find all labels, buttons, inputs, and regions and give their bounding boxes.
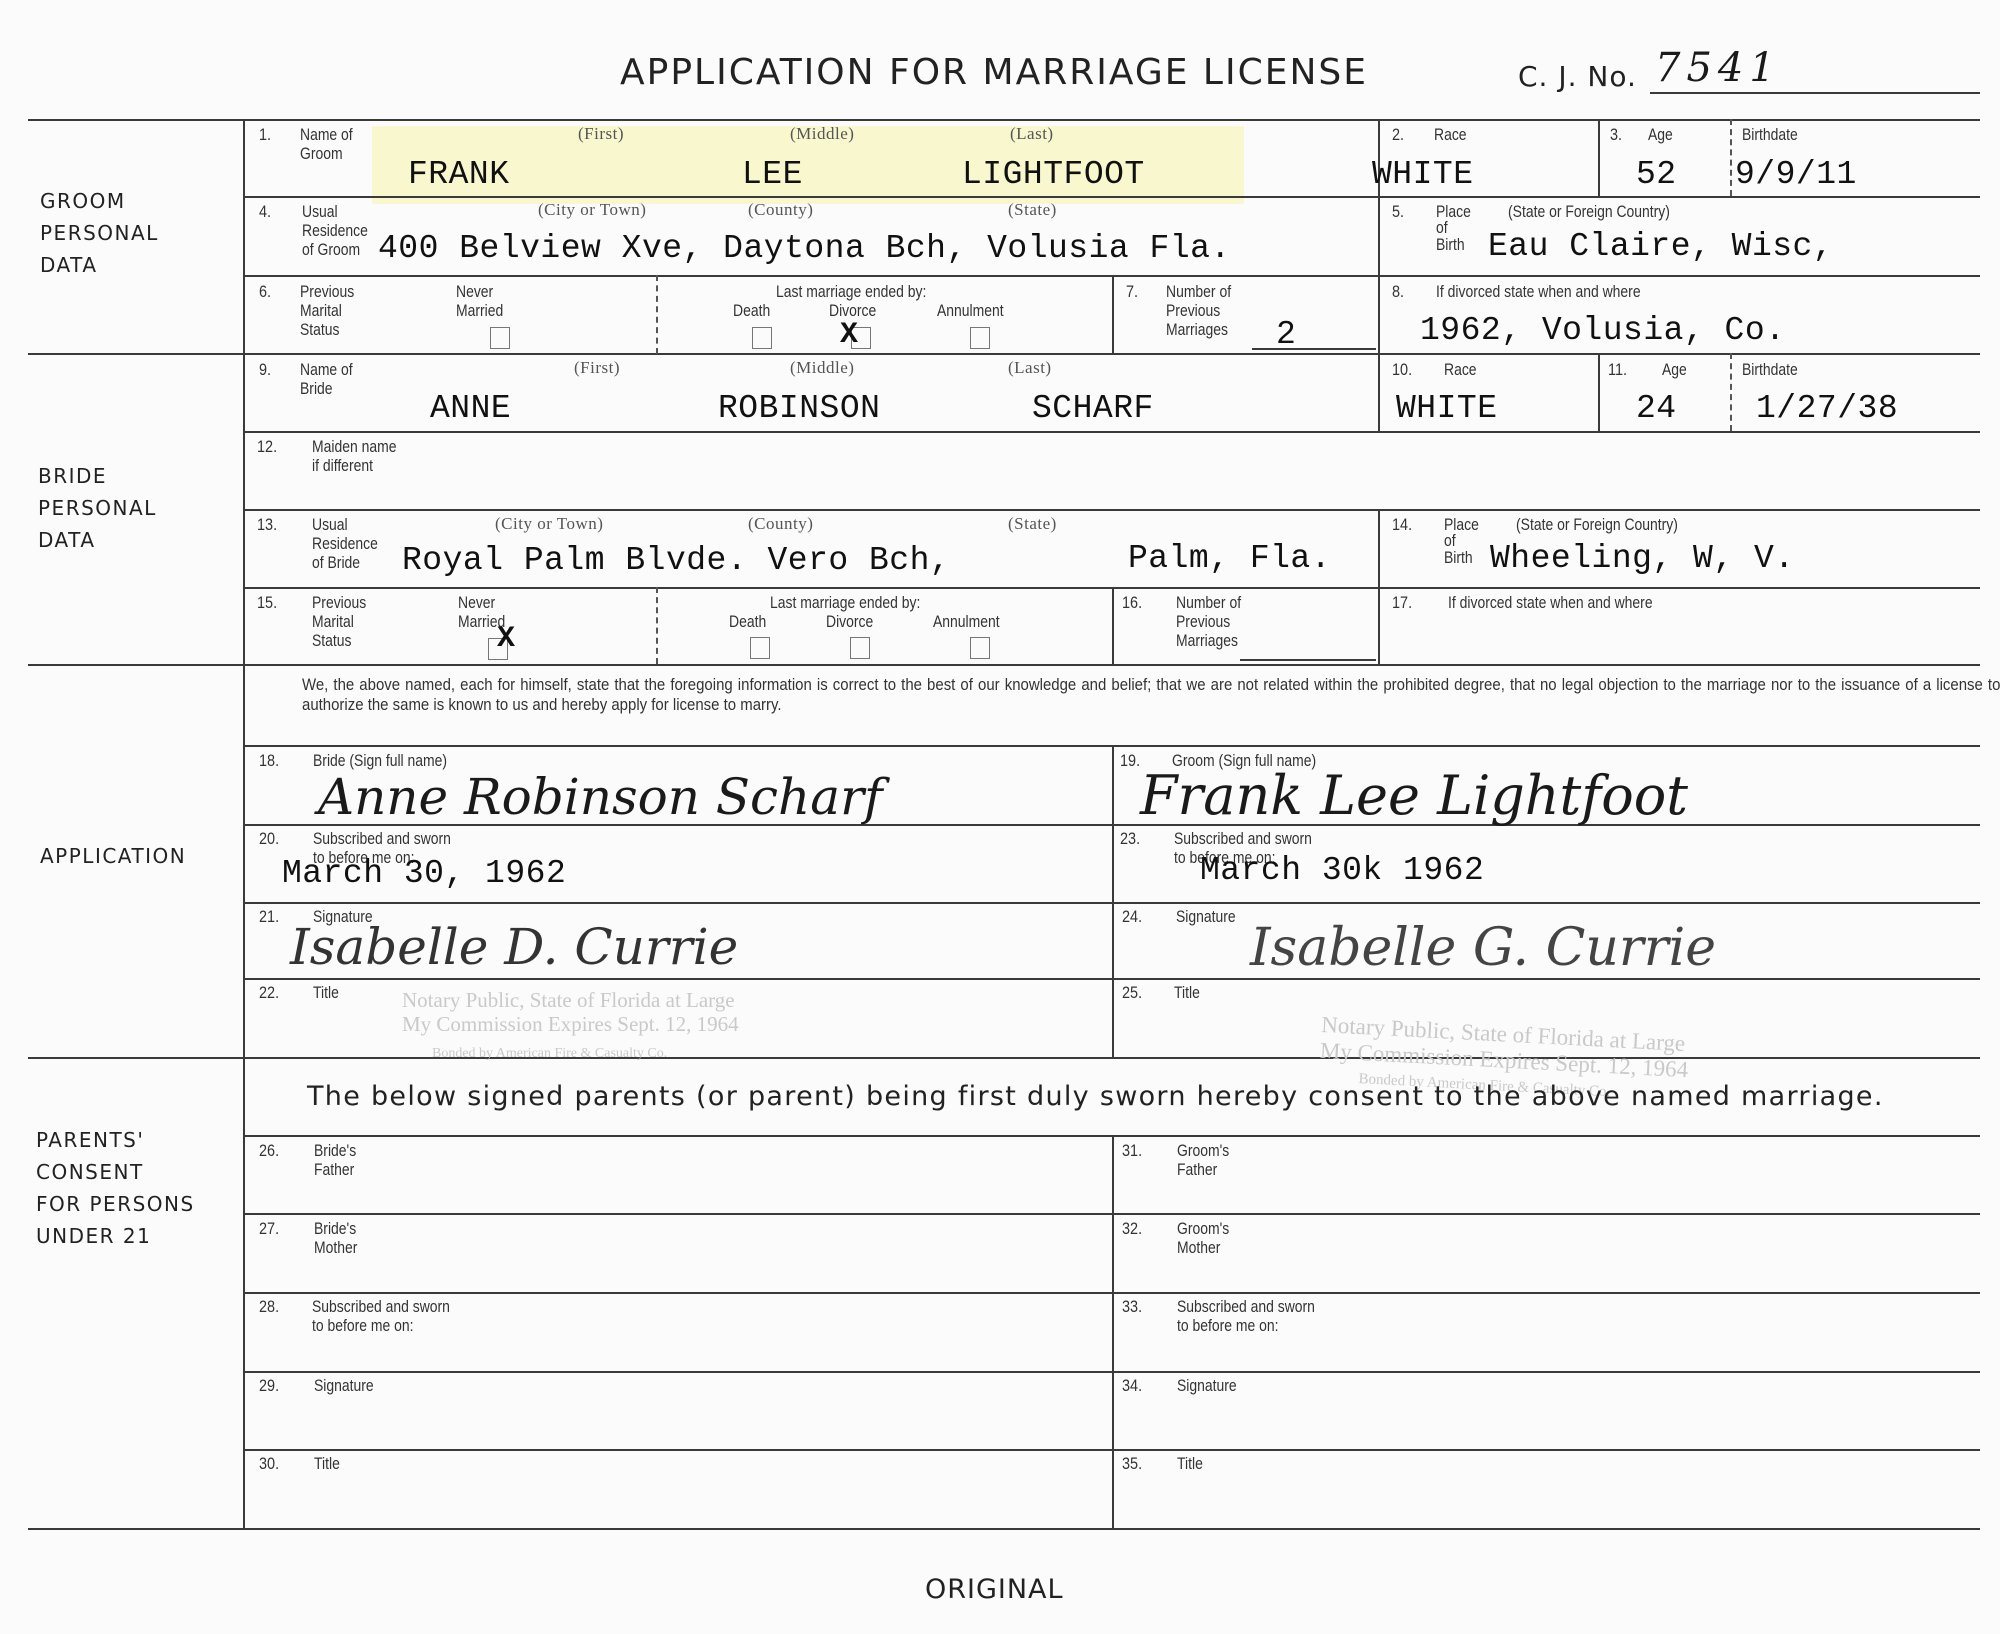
grooms-parents-signature-label: Signature — [1177, 1376, 1237, 1395]
groom-notary-signature[interactable]: Isabelle G. Currie — [1250, 918, 1716, 978]
label-line: of — [1444, 534, 1479, 548]
field-number: 16. — [1122, 593, 1142, 613]
label-line: of Groom — [302, 240, 368, 259]
label-line: Marriages — [1176, 631, 1241, 650]
prev-marriages-divider — [1112, 275, 1114, 354]
brides-parents-signature-label: Signature — [314, 1376, 374, 1395]
field-number: 32. — [1122, 1219, 1142, 1239]
groom-last-name[interactable]: LIGHTFOOT — [962, 156, 1145, 193]
label-line: Previous — [312, 593, 366, 612]
rule-bottom — [28, 1528, 1980, 1530]
county-sublabel: (County) — [748, 514, 813, 534]
label-line: Subscribed and sworn — [313, 829, 451, 848]
groom-birthdate[interactable]: 9/9/11 — [1735, 156, 1857, 193]
label-line: of — [1436, 221, 1471, 235]
prev-marriages-underline — [1252, 348, 1376, 350]
groom-option-death-label: Death — [733, 301, 770, 320]
field-number: 24. — [1122, 907, 1142, 927]
bride-last-marriage-label: Last marriage ended by: — [770, 593, 920, 612]
groom-birthdate-label: Birthdate — [1742, 125, 1798, 144]
field-number: 17. — [1392, 593, 1412, 613]
bride-name-label: Name of Bride — [300, 360, 353, 398]
state-country-sublabel: (State or Foreign Country) — [1508, 202, 1670, 221]
label-line: of Bride — [312, 553, 378, 572]
bride-death-checkbox[interactable] — [750, 637, 770, 659]
rule-g3 — [28, 353, 1980, 355]
field-number: 9. — [259, 360, 271, 380]
label-line: Number of — [1166, 282, 1231, 301]
field-number: 18. — [259, 751, 279, 771]
bride-signature[interactable]: Anne Robinson Scharf — [318, 768, 882, 826]
bride-birthplace-divider — [1378, 509, 1380, 665]
field-number: 25. — [1122, 983, 1142, 1003]
bride-last-name[interactable]: SCHARF — [1032, 390, 1154, 427]
section-line: FOR PERSONS — [36, 1188, 195, 1220]
field-number: 2. — [1392, 125, 1404, 145]
label-line: Marital — [312, 612, 366, 631]
label-line: Number of — [1176, 593, 1241, 612]
parents-mid-divider — [1112, 1135, 1114, 1528]
bride-residence-label: Usual Residence of Bride — [312, 515, 378, 572]
first-sublabel: (First) — [578, 124, 624, 144]
label-line: Mother — [314, 1238, 357, 1257]
field-number: 28. — [259, 1297, 279, 1317]
bride-divorce-info-label: If divorced state when and where — [1448, 593, 1653, 612]
age-col-divider — [1598, 119, 1600, 196]
bride-prev-marriages-divider — [1112, 587, 1114, 664]
label-line: Subscribed and sworn — [1174, 829, 1312, 848]
bleed-through-text — [1150, 432, 1159, 464]
field-number: 21. — [259, 907, 279, 927]
field-number: 11. — [1608, 360, 1627, 380]
field-number: 27. — [259, 1219, 279, 1239]
bride-birthplace[interactable]: Wheeling, W, V. — [1490, 540, 1795, 577]
groom-last-marriage-label: Last marriage ended by: — [776, 282, 926, 301]
label-line: Bride — [300, 379, 353, 398]
section-line: PERSONAL — [38, 492, 157, 524]
section-line: GROOM — [40, 185, 159, 217]
section-line: PERSONAL — [40, 217, 159, 249]
field-number: 14. — [1392, 515, 1412, 535]
section-line: PARENTS' — [36, 1124, 195, 1156]
rule-b4 — [28, 664, 1980, 666]
field-number: 33. — [1122, 1297, 1142, 1317]
groom-annulment-checkbox[interactable] — [970, 327, 990, 349]
groom-never-married-checkbox[interactable] — [490, 327, 510, 349]
bride-sworn-date[interactable]: March 30, 1962 — [282, 855, 566, 892]
groom-prev-marriages-label: Number of Previous Marriages — [1166, 282, 1231, 339]
stamp-line: Notary Public, State of Florida at Large — [402, 988, 739, 1012]
label-line: Married — [456, 301, 503, 320]
label-line: Groom — [300, 144, 353, 163]
brides-father-label: Bride's Father — [314, 1141, 356, 1179]
bride-notary-signature[interactable]: Isabelle D. Currie — [290, 918, 738, 976]
groom-first-name[interactable]: FRANK — [408, 156, 510, 193]
label-line: Bride's — [314, 1141, 356, 1160]
label-line: Father — [1177, 1160, 1229, 1179]
label-line: Maiden name — [312, 437, 396, 456]
field-number: 1. — [259, 125, 271, 145]
groom-divorce-info-label: If divorced state when and where — [1436, 282, 1641, 301]
brides-parents-sworn-label: Subscribed and sworn to before me on: — [312, 1297, 450, 1335]
bride-age-col-divider — [1598, 353, 1600, 431]
label-line: Usual — [302, 202, 368, 221]
field-number: 6. — [259, 282, 271, 302]
cj-number-label: C. J. No. — [1518, 60, 1637, 93]
label-line: to before me on: — [1177, 1316, 1315, 1335]
label-line: Status — [312, 631, 366, 650]
bride-birthdate-col-divider — [1730, 353, 1732, 431]
groom-notary-title-label: Title — [1174, 983, 1200, 1002]
groom-age[interactable]: 52 — [1636, 156, 1677, 193]
cj-number-value: 7541 — [1655, 45, 1781, 91]
bride-age-label: Age — [1662, 360, 1687, 379]
groom-middle-name[interactable]: LEE — [742, 156, 803, 193]
field-number: 29. — [259, 1376, 279, 1396]
bride-middle-name[interactable]: ROBINSON — [718, 390, 880, 427]
label-line: Mother — [1177, 1238, 1229, 1257]
groom-divorce-info[interactable]: 1962, Volusia, Co. — [1420, 312, 1785, 349]
bride-race-label: Race — [1444, 360, 1477, 379]
bride-birthplace-label: Place of Birth — [1444, 515, 1479, 567]
bride-marital-dash-divider — [656, 587, 658, 664]
marital-dash-divider — [656, 275, 658, 354]
cj-number-underline — [1650, 92, 1980, 94]
city-sublabel: (City or Town) — [495, 514, 603, 534]
bride-prev-marriages-underline — [1240, 659, 1376, 661]
field-number: 31. — [1122, 1141, 1142, 1161]
label-line: Birth — [1444, 548, 1479, 567]
label-line: Never — [456, 282, 503, 301]
section-line: DATA — [38, 524, 157, 556]
stamp-line: My Commission Expires Sept. 12, 1964 — [402, 1012, 739, 1036]
bride-race[interactable]: WHITE — [1396, 390, 1498, 427]
city-sublabel: (City or Town) — [538, 200, 646, 220]
last-sublabel: (Last) — [1010, 124, 1054, 144]
field-number: 35. — [1122, 1454, 1142, 1474]
label-line: Previous — [1166, 301, 1231, 320]
label-line: Subscribed and sworn — [312, 1297, 450, 1316]
field-number: 7. — [1126, 282, 1138, 302]
bride-age[interactable]: 24 — [1636, 390, 1677, 427]
label-line: Marriages — [1166, 320, 1231, 339]
field-number: 4. — [259, 202, 271, 222]
label-line: Groom's — [1177, 1219, 1229, 1238]
bride-marital-status-label: Previous Marital Status — [312, 593, 366, 650]
field-number: 20. — [259, 829, 279, 849]
label-line: Residence — [302, 221, 368, 240]
county-sublabel: (County) — [748, 200, 813, 220]
label-line: Name of — [300, 125, 353, 144]
groom-birthplace[interactable]: Eau Claire, Wisc, — [1488, 228, 1833, 265]
field-number: 23. — [1120, 829, 1140, 849]
field-number: 15. — [257, 593, 277, 613]
brides-mother-label: Bride's Mother — [314, 1219, 357, 1257]
label-line: Residence — [312, 534, 378, 553]
grooms-parents-title-label: Title — [1177, 1454, 1203, 1473]
form-title: APPLICATION FOR MARRIAGE LICENSE — [620, 52, 1368, 93]
label-line: Father — [314, 1160, 356, 1179]
field-number: 5. — [1392, 202, 1404, 222]
bride-option-divorce-label: Divorce — [826, 612, 873, 631]
rule-b1 — [243, 431, 1980, 433]
bride-birthdate-label: Birthdate — [1742, 360, 1798, 379]
groom-option-annulment-label: Annulment — [937, 301, 1004, 320]
groom-race[interactable]: WHITE — [1372, 156, 1474, 193]
grooms-father-label: Groom's Father — [1177, 1141, 1229, 1179]
divorce-info-divider — [1378, 275, 1380, 354]
bride-prev-marriages-label: Number of Previous Marriages — [1176, 593, 1241, 650]
bride-residence[interactable]: Royal Palm Blvde. Vero Bch, — [402, 542, 950, 579]
label-line: if different — [312, 456, 396, 475]
label-line: Previous — [300, 282, 354, 301]
grooms-mother-label: Groom's Mother — [1177, 1219, 1229, 1257]
bride-option-death-label: Death — [729, 612, 766, 631]
application-statement: We, the above named, each for himself, s… — [302, 675, 2000, 715]
label-line: Groom's — [1177, 1141, 1229, 1160]
groom-signature[interactable]: Frank Lee Lightfoot — [1140, 764, 1688, 827]
label-line: Previous — [1176, 612, 1241, 631]
bride-annulment-checkbox[interactable] — [970, 637, 990, 659]
section-application: APPLICATION — [40, 840, 186, 872]
label-line: Bride's — [314, 1219, 357, 1238]
groom-never-married-label: Never Married — [456, 282, 503, 320]
section-divider — [243, 119, 245, 1529]
copy-label: ORIGINAL — [925, 1574, 1064, 1605]
grooms-parents-sworn-label: Subscribed and sworn to before me on: — [1177, 1297, 1315, 1335]
bride-option-annulment-label: Annulment — [933, 612, 1000, 631]
section-parents-consent: PARENTS' CONSENT FOR PERSONS UNDER 21 — [36, 1124, 195, 1252]
race-col-divider — [1378, 119, 1380, 276]
bride-birthdate[interactable]: 1/27/38 — [1756, 390, 1898, 427]
groom-birthplace-label: Place of Birth — [1436, 202, 1471, 254]
application-mid-divider — [1112, 745, 1114, 1057]
field-number: 30. — [259, 1454, 279, 1474]
section-line: DATA — [40, 249, 159, 281]
rule-g1 — [243, 196, 1980, 198]
parents-consent-statement: The below signed parents (or parent) bei… — [307, 1081, 1884, 1112]
label-line: Usual — [312, 515, 378, 534]
birthdate-col-divider — [1730, 119, 1732, 196]
state-sublabel: (State) — [1008, 514, 1057, 534]
label-line: Birth — [1436, 235, 1471, 254]
groom-divorce-x-mark: X — [840, 318, 858, 352]
state-sublabel: (State) — [1008, 200, 1057, 220]
label-line: Subscribed and sworn — [1177, 1297, 1315, 1316]
field-number: 10. — [1392, 360, 1412, 380]
field-number: 34. — [1122, 1376, 1142, 1396]
last-sublabel: (Last) — [1008, 358, 1052, 378]
bride-residence-state[interactable]: Palm, Fla. — [1128, 540, 1331, 577]
label-line: Never — [458, 593, 505, 612]
groom-death-checkbox[interactable] — [752, 327, 772, 349]
label-line: Status — [300, 320, 354, 339]
section-bride-personal-data: BRIDE PERSONAL DATA — [38, 460, 157, 556]
stamp-line: Bonded by American Fire & Casualty Co. — [402, 1042, 739, 1066]
state-country-sublabel: (State or Foreign Country) — [1516, 515, 1678, 534]
section-line: CONSENT — [36, 1156, 195, 1188]
bride-first-name[interactable]: ANNE — [430, 390, 511, 427]
section-groom-personal-data: GROOM PERSONAL DATA — [40, 185, 159, 281]
notary-stamp-left: Notary Public, State of Florida at Large… — [402, 988, 739, 1066]
bride-race-col-divider — [1378, 353, 1380, 431]
groom-residence-label: Usual Residence of Groom — [302, 202, 368, 259]
groom-race-label: Race — [1434, 125, 1467, 144]
bride-never-married-x-mark: X — [497, 622, 515, 656]
bride-maiden-name-label: Maiden name if different — [312, 437, 396, 475]
bride-notary-title-label: Title — [313, 983, 339, 1002]
middle-sublabel: (Middle) — [790, 124, 854, 144]
field-number: 3. — [1610, 125, 1622, 145]
label-line: to before me on: — [312, 1316, 450, 1335]
groom-residence[interactable]: 400 Belview Xve, Daytona Bch, Volusia Fl… — [378, 230, 1231, 267]
rule-top — [28, 119, 1980, 121]
brides-parents-title-label: Title — [314, 1454, 340, 1473]
field-number: 12. — [257, 437, 277, 457]
field-number: 13. — [257, 515, 277, 535]
field-number: 22. — [259, 983, 279, 1003]
field-number: 8. — [1392, 282, 1404, 302]
field-number: 19. — [1120, 751, 1140, 771]
groom-marital-status-label: Previous Marital Status — [300, 282, 354, 339]
label-line: Name of — [300, 360, 353, 379]
rule-b2 — [243, 509, 1980, 511]
middle-sublabel: (Middle) — [790, 358, 854, 378]
section-line: UNDER 21 — [36, 1220, 195, 1252]
field-number: 26. — [259, 1141, 279, 1161]
first-sublabel: (First) — [574, 358, 620, 378]
groom-name-label: Name of Groom — [300, 125, 353, 163]
section-line: BRIDE — [38, 460, 157, 492]
bride-divorce-checkbox[interactable] — [850, 637, 870, 659]
groom-notary-signature-label: Signature — [1176, 907, 1236, 926]
label-line: Marital — [300, 301, 354, 320]
groom-sworn-date[interactable]: March 30k 1962 — [1200, 852, 1484, 889]
groom-age-label: Age — [1648, 125, 1673, 144]
